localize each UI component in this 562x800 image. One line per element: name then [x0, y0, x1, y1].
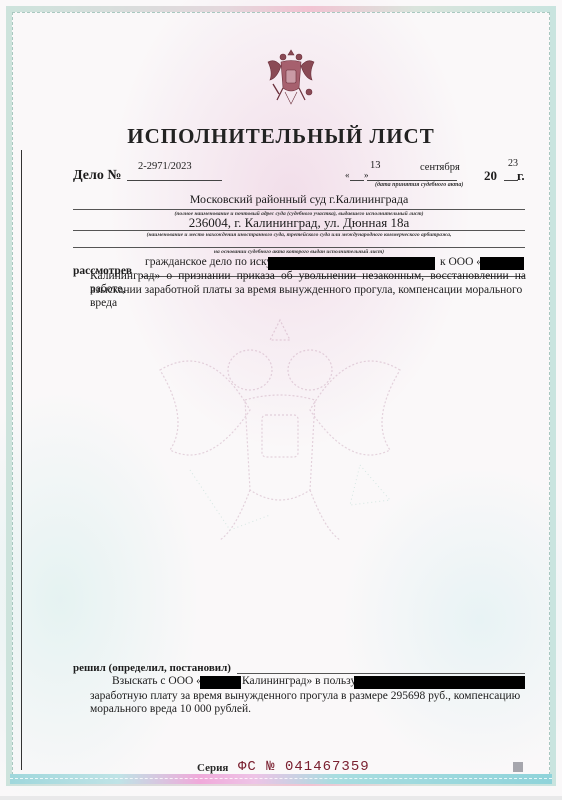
considered-line4: вреда [90, 297, 526, 310]
redaction-company-2 [200, 676, 241, 689]
court-name: Московский районный суд г.Калининграда [73, 192, 525, 207]
basis-caption: на основании судебного акта которого выд… [73, 249, 525, 255]
date-open-quote: « [345, 170, 350, 180]
court-address-caption: (наименование и место нахождения иностра… [73, 232, 525, 238]
basis-line [73, 247, 525, 248]
date-month-line [367, 180, 457, 181]
writ-of-execution-sheet: ИСПОЛНИТЕЛЬНЫЙ ЛИСТ Дело № 2-2971/2023 «… [0, 0, 562, 796]
case-number-value: 2-2971/2023 [138, 161, 192, 172]
considered-line1-prefix: гражданское дело по иску [145, 256, 272, 268]
date-day: 13 [370, 160, 381, 171]
court-address-line [73, 230, 525, 231]
date-day-line [350, 180, 364, 181]
date-year-line [504, 180, 518, 181]
document-title: ИСПОЛНИТЕЛЬНЫЙ ЛИСТ [0, 124, 562, 149]
coat-of-arms-icon [265, 48, 317, 108]
watermark-eagle-icon [150, 300, 410, 550]
decision-line [237, 673, 525, 674]
court-name-line [73, 209, 525, 210]
series-number: ФС № 041467359 [238, 759, 370, 775]
redaction-plaintiff [268, 257, 435, 270]
case-number-label: Дело № [73, 168, 121, 184]
decision-line1-middle: Калининград» в пользу [242, 675, 356, 687]
left-margin-rule [21, 150, 22, 770]
security-mark-icon [513, 762, 523, 772]
series-label: Серия [197, 762, 228, 774]
decision-label: решил (определил, постановил) [73, 662, 231, 674]
considered-line1-suffix: к ООО « [440, 256, 482, 268]
decision-line1-prefix: Взыскать с ООО « [112, 675, 202, 687]
redaction-company [480, 257, 524, 270]
date-year-suffix: г. [517, 168, 525, 184]
decision-line2: заработную плату за время вынужденного п… [90, 690, 526, 703]
decorative-frame-bottom [10, 774, 552, 784]
date-month: сентября [420, 162, 460, 173]
date-century: 20 [484, 168, 497, 184]
decision-line3: морального вреда 10 000 рублей. [90, 703, 526, 716]
case-number-line [127, 180, 222, 181]
redaction-recipient [354, 676, 525, 689]
date-close-quote: » [364, 170, 369, 180]
date-caption: (дата принятия судебного акта) [375, 182, 463, 188]
court-address: 236004, г. Калининград, ул. Дюнная 18а [73, 215, 525, 231]
considered-line3: взыскании заработной платы за время выну… [90, 284, 526, 297]
